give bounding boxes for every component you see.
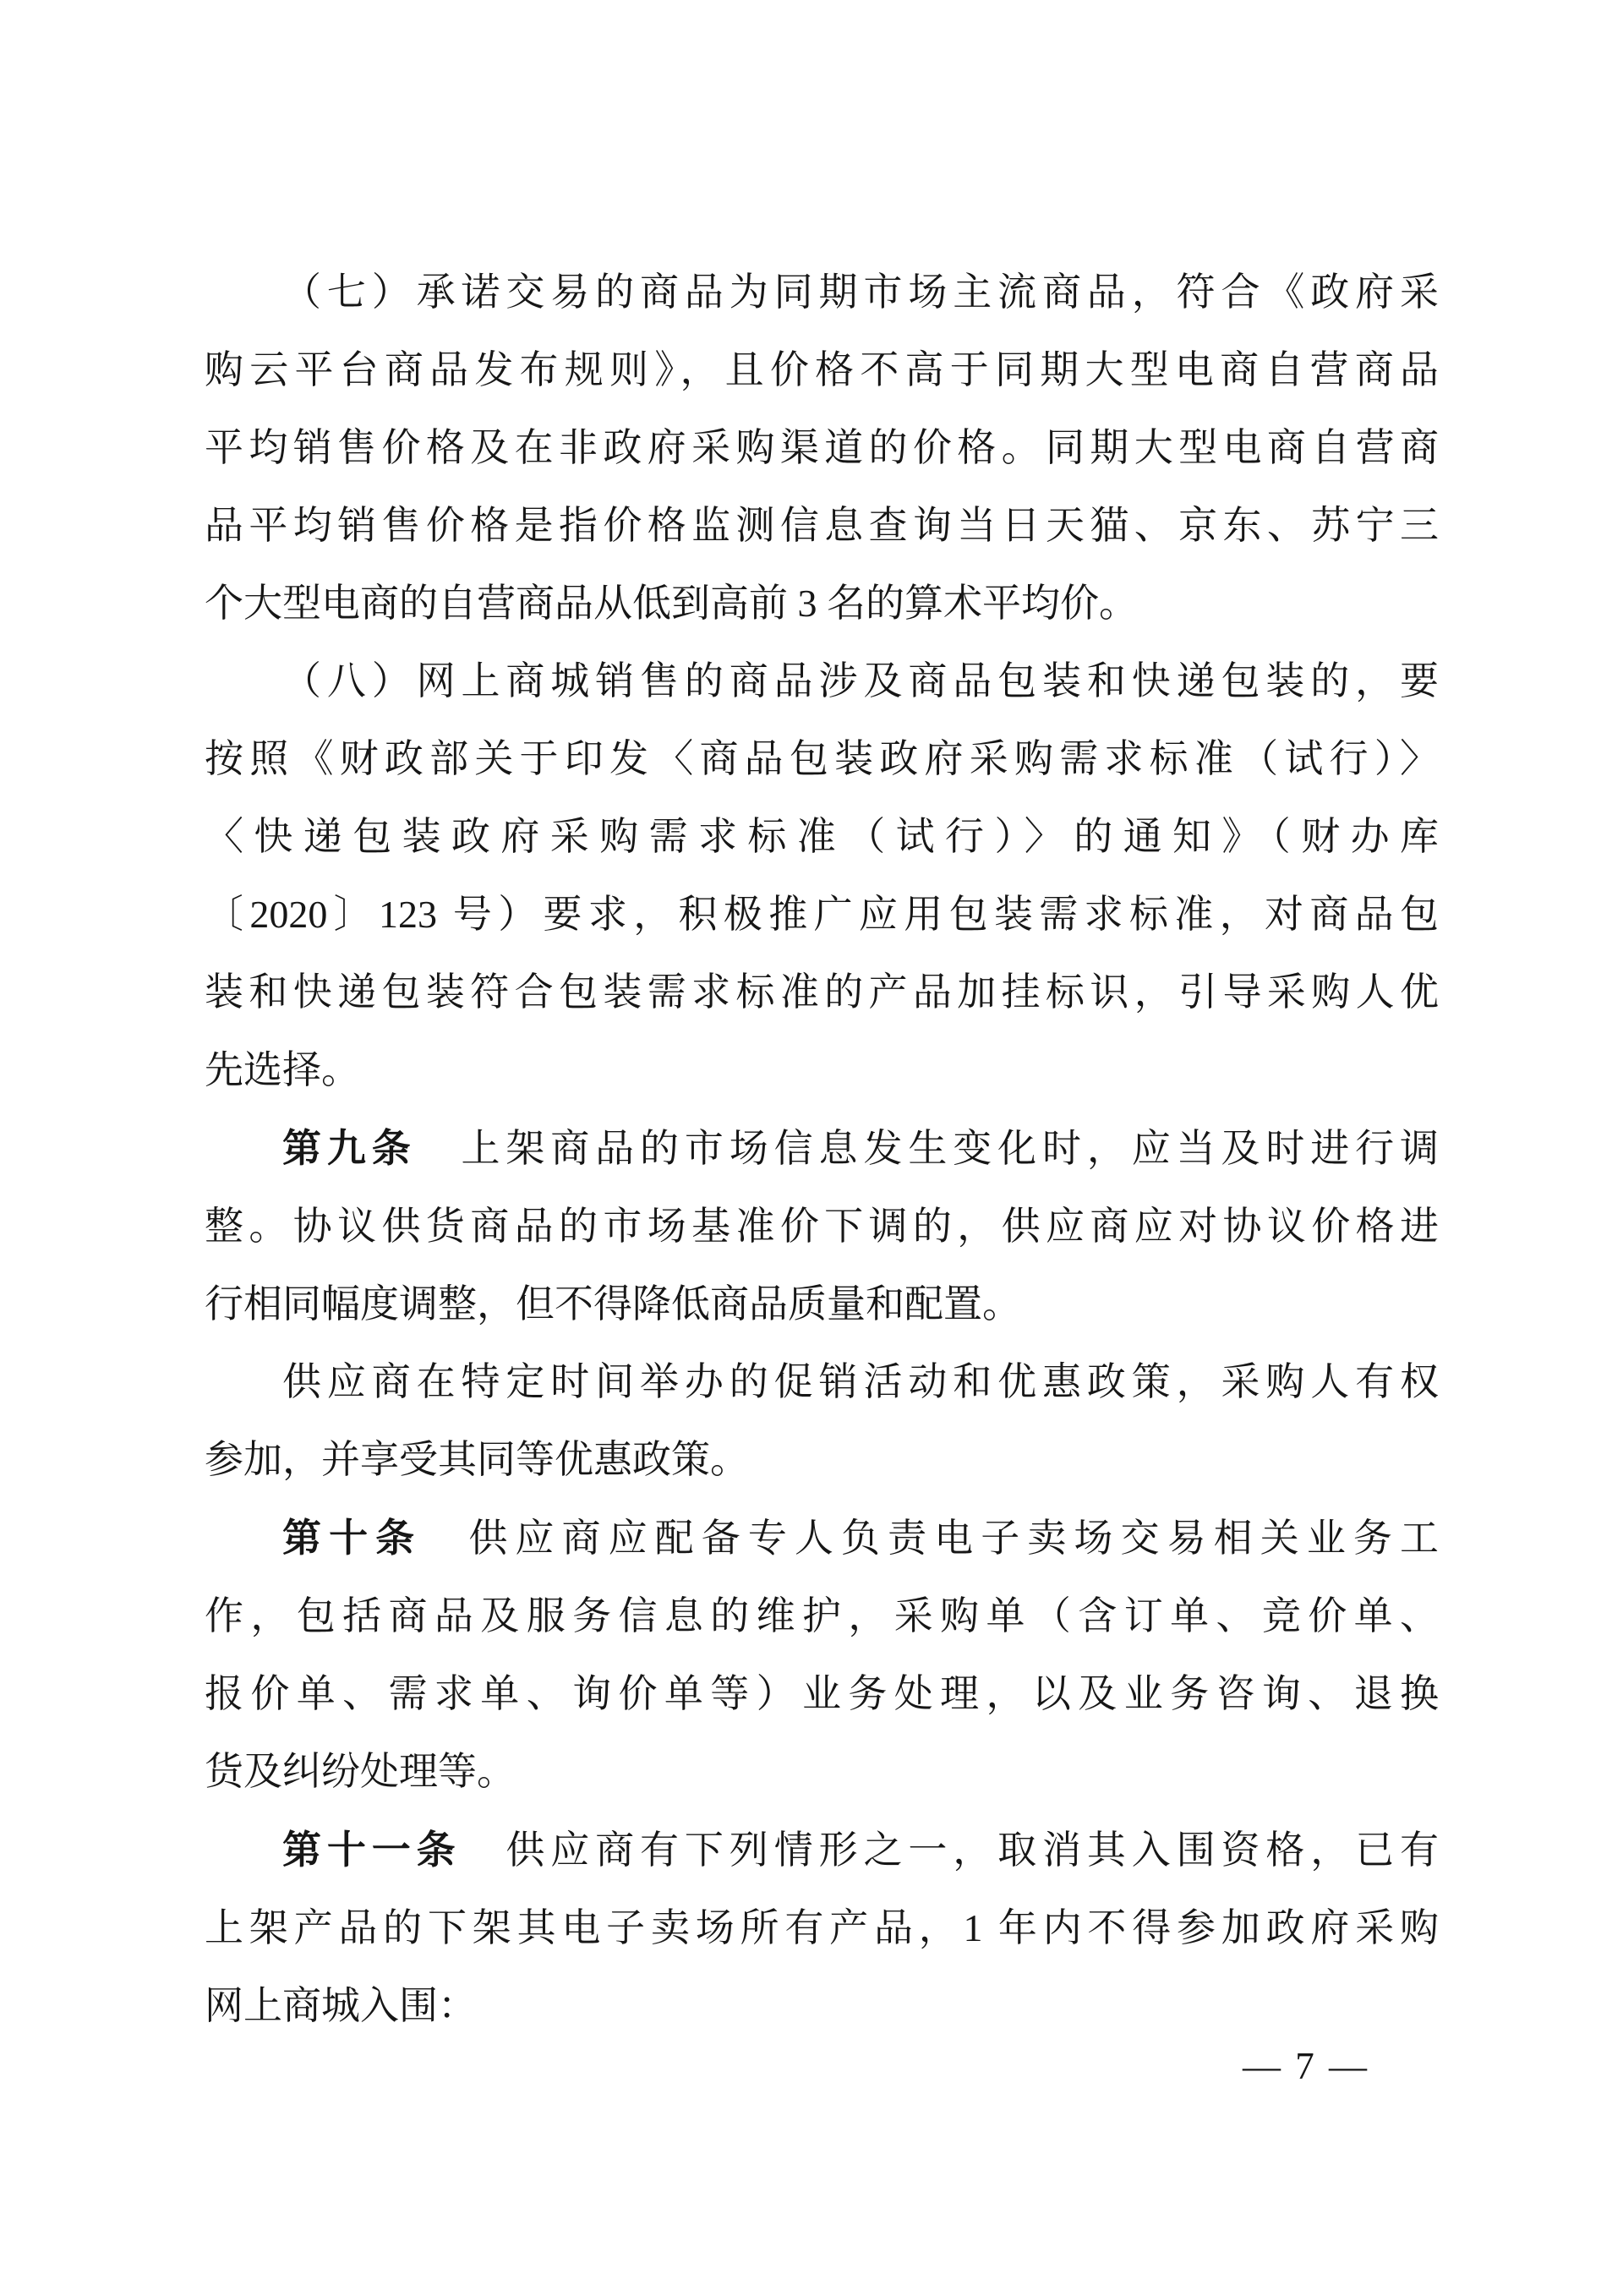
text-segment: 上架商品的市场信息发生变化时，应当及时进行调 [417, 1127, 1439, 1170]
page-number: — 7 — [1205, 2041, 1407, 2091]
document-line: （八）网上商城销售的商品涉及商品包装和快递包装的，要 [205, 642, 1439, 720]
text-segment: 报价单、需求单、询价单等）业务处理，以及业务咨询、退换 [205, 1672, 1439, 1715]
text-segment: （八）网上商城销售的商品涉及商品包装和快递包装的，要 [282, 659, 1439, 702]
document-line: 作，包括商品及服务信息的维护，采购单（含订单、竞价单、 [205, 1577, 1439, 1655]
document-line: 先选择。 [205, 1031, 1439, 1109]
document-line: （七）承诺交易的商品为同期市场主流商品，符合《政府采 [205, 254, 1439, 331]
text-segment: 上架产品的下架其电子卖场所有产品，1 年内不得参加政府采购 [205, 1906, 1439, 1949]
text-segment: 供应商应配备专人负责电子卖场交易相关业务工 [422, 1517, 1439, 1560]
document-line: 货及纠纷处理等。 [205, 1733, 1439, 1811]
document-line: 参加，并享受其同等优惠政策。 [205, 1421, 1439, 1499]
document-line: 个大型电商的自营商品从低到高前 3 名的算术平均价。 [205, 565, 1439, 642]
text-segment: 网上商城入围： [205, 1984, 477, 2027]
text-segment: 供应商有下列情形之一，取消其入围资格，已有 [462, 1829, 1439, 1872]
text-segment: 〈快递包装政府采购需求标准（试行）〉的通知》（财办库 [205, 815, 1439, 858]
document-line: 第十一条 供应商有下列情形之一，取消其入围资格，已有 [205, 1811, 1439, 1889]
document-line: 行相同幅度调整，但不得降低商品质量和配置。 [205, 1266, 1439, 1343]
text-segment: 〔2020〕123 号）要求，积极推广应用包装需求标准，对商品包 [205, 893, 1439, 936]
text-segment: 整。协议供货商品的市场基准价下调的，供应商应对协议价格进 [205, 1205, 1439, 1248]
document-line: 网上商城入围： [205, 1967, 1439, 2045]
document-line: 第十条 供应商应配备专人负责电子卖场交易相关业务工 [205, 1499, 1439, 1577]
text-segment: 行相同幅度调整，但不得降低商品质量和配置。 [205, 1282, 1021, 1326]
text-segment: 参加，并享受其同等优惠政策。 [205, 1438, 749, 1481]
text-segment: 购云平台商品发布规则》，且价格不高于同期大型电商自营商品 [205, 348, 1439, 391]
document-line: 购云平台商品发布规则》，且价格不高于同期大型电商自营商品 [205, 331, 1439, 409]
document-line: 报价单、需求单、询价单等）业务处理，以及业务咨询、退换 [205, 1655, 1439, 1733]
document-line: 整。协议供货商品的市场基准价下调的，供应商应对协议价格进 [205, 1188, 1439, 1266]
document-line: 平均销售价格及在非政府采购渠道的价格。同期大型电商自营商 [205, 409, 1439, 487]
text-segment: 供应商在特定时间举办的促销活动和优惠政策，采购人有权 [282, 1360, 1439, 1403]
document-line: 上架产品的下架其电子卖场所有产品，1 年内不得参加政府采购 [205, 1889, 1439, 1967]
text-segment: 先选择。 [205, 1048, 360, 1091]
text-segment: 作，包括商品及服务信息的维护，采购单（含订单、竞价单、 [205, 1594, 1439, 1637]
text-segment: 个大型电商的自营商品从低到高前 3 名的算术平均价。 [205, 582, 1138, 625]
document-line: 第九条 上架商品的市场信息发生变化时，应当及时进行调 [205, 1109, 1439, 1188]
text-segment: 按照《财政部关于印发〈商品包装政府采购需求标准（试行）〉 [205, 737, 1439, 780]
document-line: 供应商在特定时间举办的促销活动和优惠政策，采购人有权 [205, 1343, 1439, 1421]
text-segment: （七）承诺交易的商品为同期市场主流商品，符合《政府采 [282, 271, 1439, 314]
document-line: 按照《财政部关于印发〈商品包装政府采购需求标准（试行）〉 [205, 720, 1439, 798]
document-line: 〈快递包装政府采购需求标准（试行）〉的通知》（财办库 [205, 798, 1439, 876]
text-segment: 装和快递包装符合包装需求标准的产品加挂标识，引导采购人优 [205, 970, 1439, 1014]
text-segment: 品平均销售价格是指价格监测信息查询当日天猫、京东、苏宁三 [205, 504, 1439, 547]
document-line: 〔2020〕123 号）要求，积极推广应用包装需求标准，对商品包 [205, 876, 1439, 954]
document-line: 装和快递包装符合包装需求标准的产品加挂标识，引导采购人优 [205, 954, 1439, 1031]
document-body: （七）承诺交易的商品为同期市场主流商品，符合《政府采购云平台商品发布规则》，且价… [205, 254, 1439, 2045]
text-segment: 平均销售价格及在非政府采购渠道的价格。同期大型电商自营商 [205, 426, 1439, 469]
article-number-heading: 第十条 [282, 1516, 422, 1560]
article-number-heading: 第十一条 [282, 1828, 462, 1872]
scanned-page: （七）承诺交易的商品为同期市场主流商品，符合《政府采购云平台商品发布规则》，且价… [0, 0, 1623, 2296]
text-segment: 货及纠纷处理等。 [205, 1750, 516, 1793]
document-line: 品平均销售价格是指价格监测信息查询当日天猫、京东、苏宁三 [205, 487, 1439, 565]
article-number-heading: 第九条 [282, 1126, 417, 1170]
